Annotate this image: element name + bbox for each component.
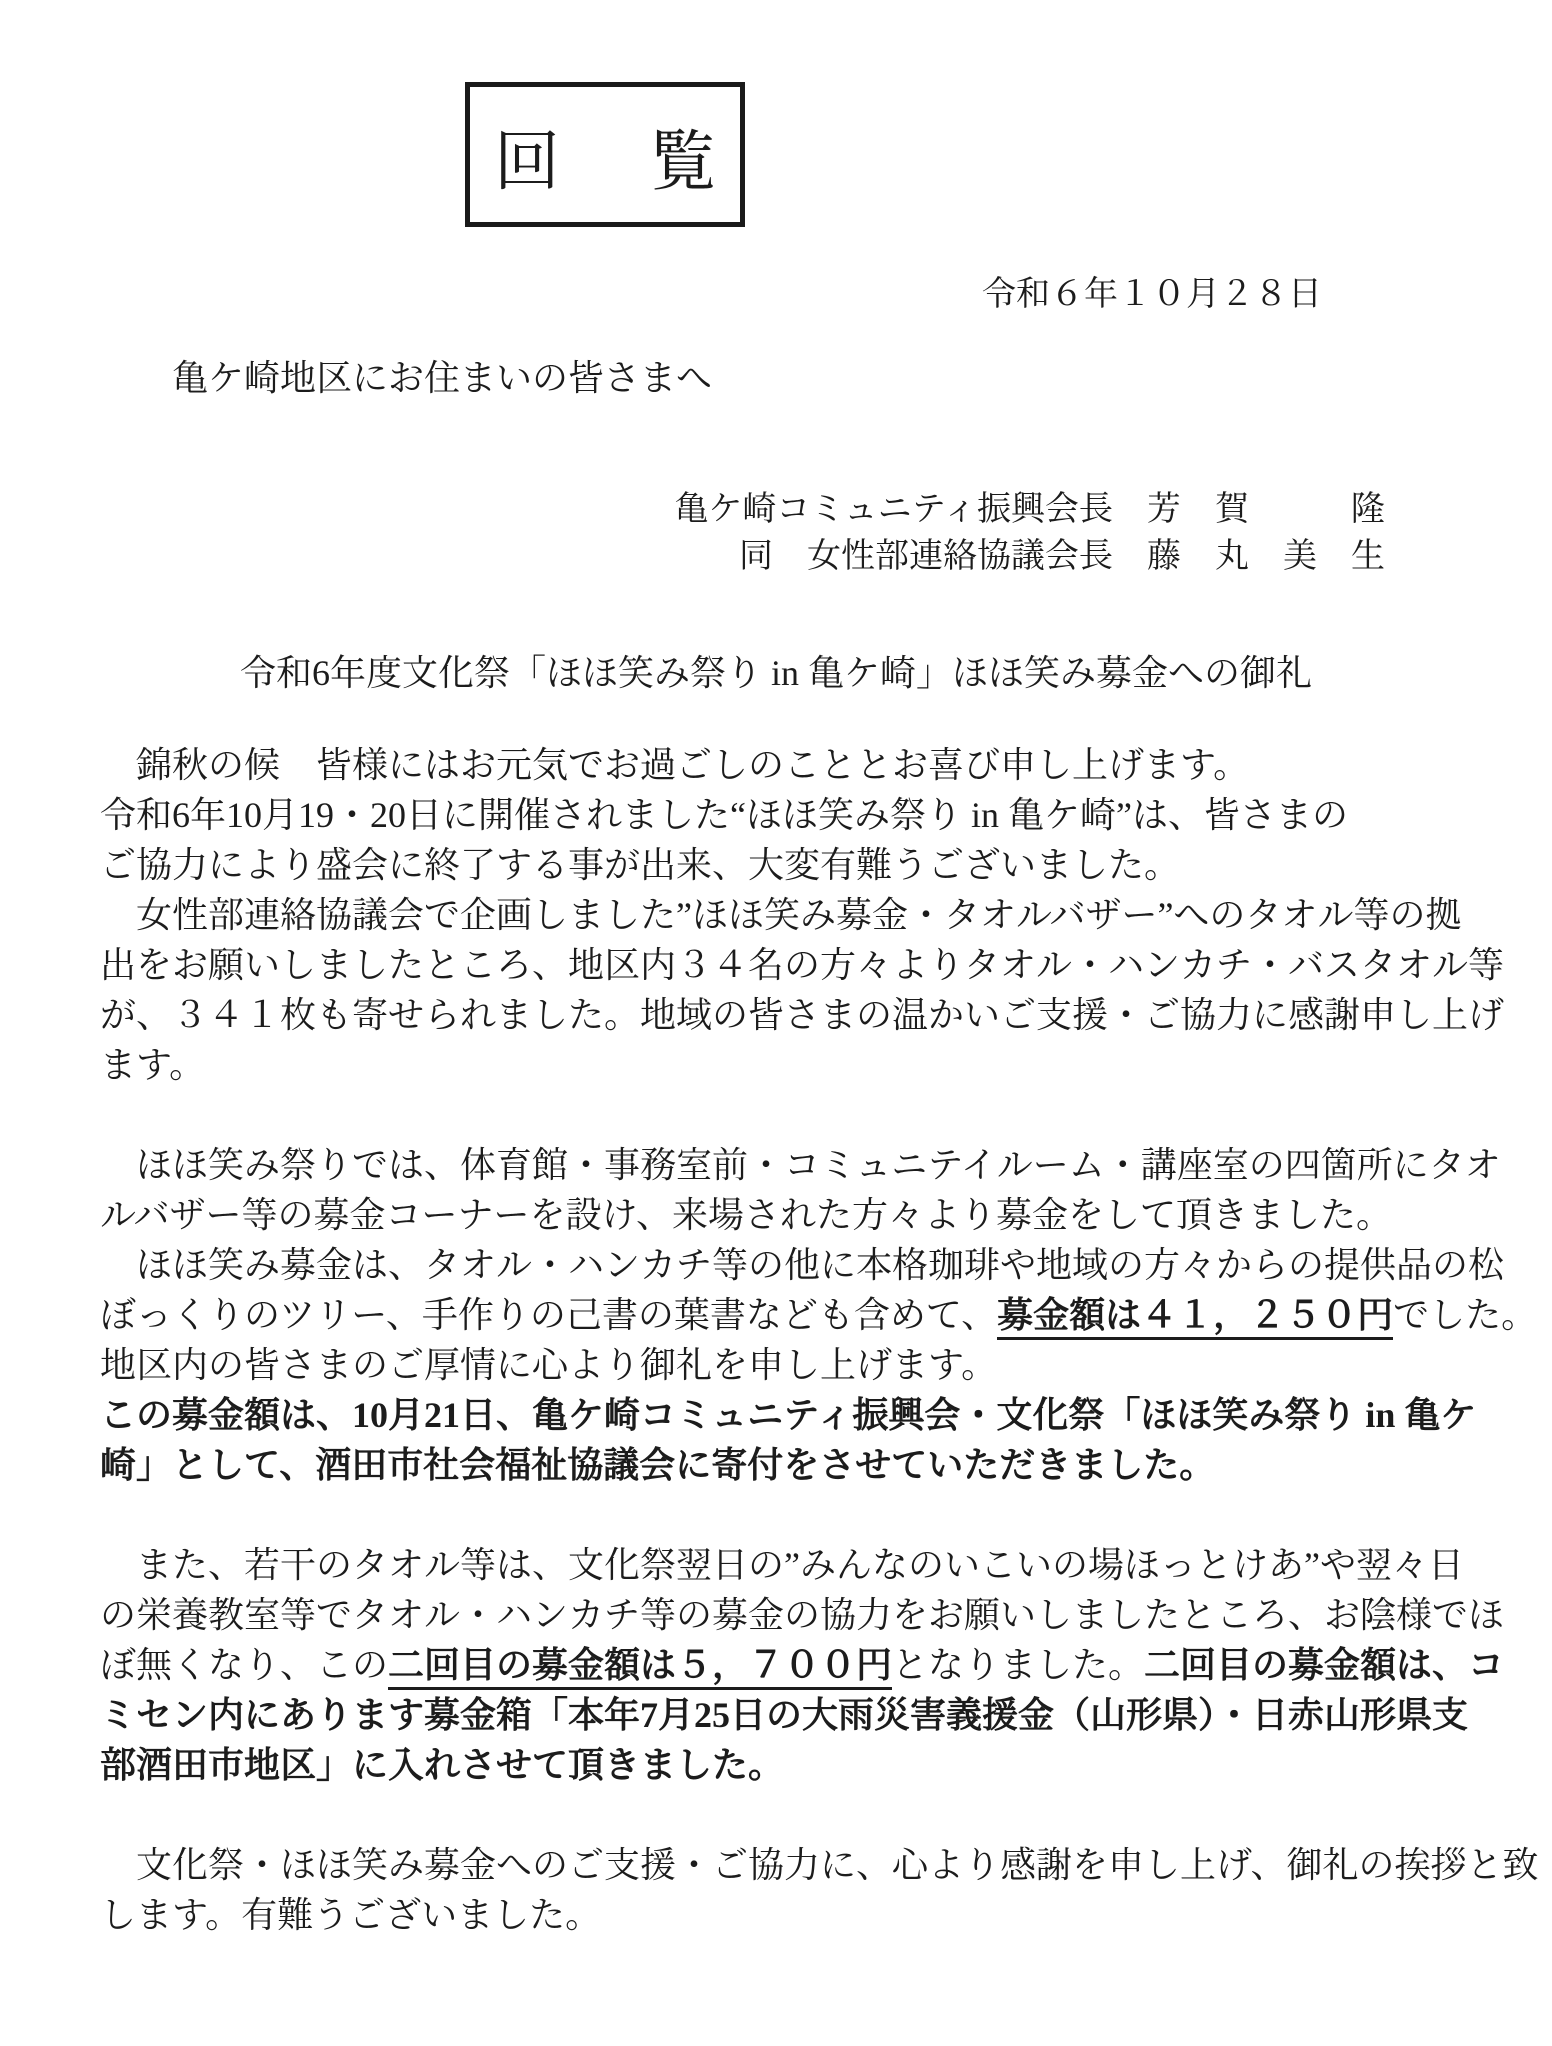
text-line: 部酒田市地区」に入れさせて頂きました。: [100, 1740, 1472, 1790]
text-segment: でした。: [1393, 1295, 1537, 1335]
recipient-line: 亀ケ崎地区にお住まいの皆さまへ: [172, 350, 712, 401]
text-segment: ます。: [100, 1045, 205, 1085]
text-line: ぼ無くなり、この二回目の募金額は５，７００円となりました。二回目の募金額は、コ: [100, 1640, 1472, 1690]
text-segment: ルバザー等の募金コーナーを設け、来場された方々より募金をして頂きました。: [100, 1195, 1392, 1235]
text-line: 出をお願いしましたところ、地区内３４名の方々よりタオル・ハンカチ・バスタオル等: [100, 940, 1472, 990]
text-segment: ミセン内にあります募金箱「本年7月25日の大雨災害義援金（山形県）・日赤山形県支: [100, 1695, 1468, 1735]
text-line: ミセン内にあります募金箱「本年7月25日の大雨災害義援金（山形県）・日赤山形県支: [100, 1690, 1472, 1740]
text-segment: 女性部連絡協議会で企画しました”ほほ笑み募金・タオルバザー”へのタオル等の拠: [100, 895, 1461, 935]
date-line: 令和６年１０月２８日: [982, 266, 1322, 315]
text-segment: の栄養教室等でタオル・ハンカチ等の募金の協力をお願いしましたところ、お陰様でほ: [100, 1595, 1504, 1635]
letter-body: 錦秋の候 皆様にはお元気でお過ごしのこととお喜び申し上げます。令和6年10月19…: [100, 740, 1472, 1940]
paragraph: また、若干のタオル等は、文化祭翌日の”みんなのいこいの場ほっとけあ”や翌々日の栄…: [100, 1540, 1472, 1790]
paragraph: ほほ笑み祭りでは、体育館・事務室前・コミュニテイルーム・講座室の四箇所にタオルバ…: [100, 1140, 1472, 1490]
text-line: 文化祭・ほほ笑み募金へのご支援・ご協力に、心より感謝を申し上げ、御礼の挨拶と致: [100, 1840, 1472, 1890]
text-line: 崎」として、酒田市社会福祉協議会に寄付をさせていただきました。: [100, 1440, 1472, 1490]
text-segment: 錦秋の候 皆様にはお元気でお過ごしのこととお喜び申し上げます。: [100, 745, 1249, 785]
text-line: ご協力により盛会に終了する事が出来、大変有難うございました。: [100, 840, 1472, 890]
text-line: ほほ笑み募金は、タオル・ハンカチ等の他に本格珈琲や地域の方々からの提供品の松: [100, 1240, 1472, 1290]
kairan-stamp-box: 回 覧: [465, 82, 745, 227]
text-segment: 出をお願いしましたところ、地区内３４名の方々よりタオル・ハンカチ・バスタオル等: [100, 945, 1504, 985]
highlighted-amount: 募金額は４１，２５０円: [997, 1295, 1393, 1340]
text-segment: ご協力により盛会に終了する事が出来、大変有難うございました。: [100, 845, 1180, 885]
stamp-char-ran: 覧: [650, 130, 716, 196]
letter-page: 回 覧 令和６年１０月２８日 亀ケ崎地区にお住まいの皆さまへ 亀ケ崎コミュニティ…: [0, 0, 1552, 2046]
text-line: 令和6年10月19・20日に開催されました“ほほ笑み祭り in 亀ケ崎”は、皆さ…: [100, 790, 1472, 840]
text-segment: この募金額は、10月21日、亀ケ崎コミュニティ振興会・文化祭「ほほ笑み祭り in…: [100, 1395, 1476, 1435]
highlighted-amount: 二回目の募金額は５，７００円: [388, 1645, 892, 1690]
paragraph: 女性部連絡協議会で企画しました”ほほ笑み募金・タオルバザー”へのタオル等の拠出を…: [100, 890, 1472, 1090]
text-segment: 崎」として、酒田市社会福祉協議会に寄付をさせていただきました。: [100, 1445, 1215, 1485]
paragraph: 文化祭・ほほ笑み募金へのご支援・ご協力に、心より感謝を申し上げ、御礼の挨拶と致し…: [100, 1840, 1472, 1940]
sender-block: 亀ケ崎コミュニティ振興会長 芳 賀 隆 同 女性部連絡協議会長 藤 丸 美 生: [674, 486, 1385, 580]
text-line: また、若干のタオル等は、文化祭翌日の”みんなのいこいの場ほっとけあ”や翌々日: [100, 1540, 1472, 1590]
text-segment: ほほ笑み募金は、タオル・ハンカチ等の他に本格珈琲や地域の方々からの提供品の松: [100, 1245, 1504, 1285]
text-segment: 文化祭・ほほ笑み募金へのご支援・ご協力に、心より感謝を申し上げ、御礼の挨拶と致: [100, 1845, 1539, 1885]
text-segment: 令和6年10月19・20日に開催されました“ほほ笑み祭り in 亀ケ崎”は、皆さ…: [100, 795, 1348, 835]
text-line: します。有難うございました。: [100, 1890, 1472, 1940]
text-line: の栄養教室等でタオル・ハンカチ等の募金の協力をお願いしましたところ、お陰様でほ: [100, 1590, 1472, 1640]
text-segment: また、若干のタオル等は、文化祭翌日の”みんなのいこいの場ほっとけあ”や翌々日: [100, 1545, 1464, 1585]
text-segment: となりました。: [892, 1645, 1144, 1685]
sender-line-chairman: 亀ケ崎コミュニティ振興会長 芳 賀 隆: [674, 486, 1385, 533]
text-line: 女性部連絡協議会で企画しました”ほほ笑み募金・タオルバザー”へのタオル等の拠: [100, 890, 1472, 940]
text-segment: ぼ無くなり、この: [100, 1645, 388, 1685]
text-line: ます。: [100, 1040, 1472, 1090]
text-line: ルバザー等の募金コーナーを設け、来場された方々より募金をして頂きました。: [100, 1190, 1472, 1240]
text-segment: 部酒田市地区」に入れさせて頂きました。: [100, 1745, 784, 1785]
text-line: ほほ笑み祭りでは、体育館・事務室前・コミュニテイルーム・講座室の四箇所にタオ: [100, 1140, 1472, 1190]
text-segment: が、３４１枚も寄せられました。地域の皆さまの温かいご支援・ご協力に感謝申し上げ: [100, 995, 1504, 1035]
text-segment: します。有難うございました。: [100, 1895, 601, 1935]
paragraph: 錦秋の候 皆様にはお元気でお過ごしのこととお喜び申し上げます。令和6年10月19…: [100, 740, 1472, 890]
letter-title: 令和6年度文化祭「ほほ笑み祭り in 亀ケ崎」ほほ笑み募金への御礼: [0, 645, 1552, 696]
text-line: が、３４１枚も寄せられました。地域の皆さまの温かいご支援・ご協力に感謝申し上げ: [100, 990, 1472, 1040]
text-line: 錦秋の候 皆様にはお元気でお過ごしのこととお喜び申し上げます。: [100, 740, 1472, 790]
text-segment: ほほ笑み祭りでは、体育館・事務室前・コミュニテイルーム・講座室の四箇所にタオ: [100, 1145, 1501, 1185]
text-segment: 地区内の皆さまのご厚情に心より御礼を申し上げます。: [100, 1345, 997, 1385]
text-line: この募金額は、10月21日、亀ケ崎コミュニティ振興会・文化祭「ほほ笑み祭り in…: [100, 1390, 1472, 1440]
text-segment: ぼっくりのツリー、手作りの己書の葉書なども含めて、: [100, 1295, 997, 1335]
stamp-char-kai: 回: [494, 130, 560, 196]
text-segment: 二回目の募金額は、コ: [1144, 1645, 1504, 1685]
sender-line-womens-council: 同 女性部連絡協議会長 藤 丸 美 生: [674, 533, 1385, 580]
text-line: ぼっくりのツリー、手作りの己書の葉書なども含めて、募金額は４１，２５０円でした。: [100, 1290, 1472, 1340]
text-line: 地区内の皆さまのご厚情に心より御礼を申し上げます。: [100, 1340, 1472, 1390]
